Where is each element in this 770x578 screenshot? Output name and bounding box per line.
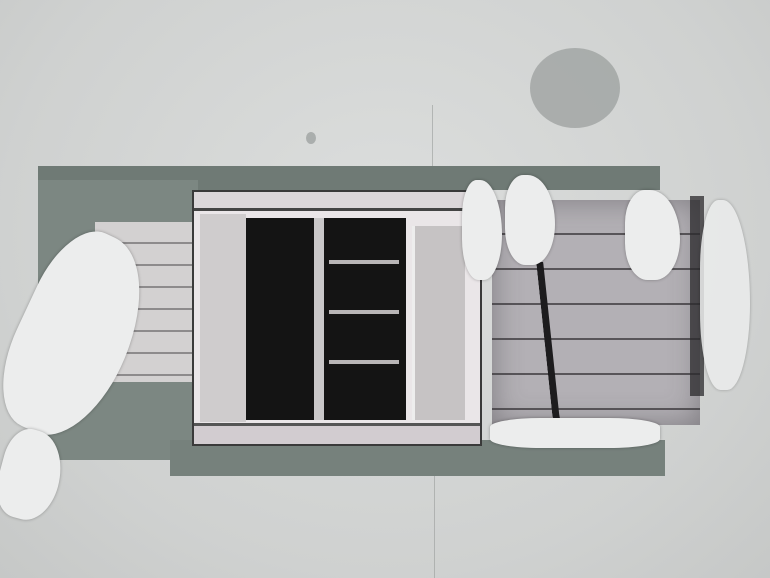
torn-paper-bottom	[490, 418, 660, 448]
wall-speck	[306, 132, 316, 144]
cabinet-door	[412, 226, 465, 420]
cabinet-shelf	[329, 260, 399, 264]
torn-paper-hanging	[462, 180, 502, 280]
cabinet-bottom-frame	[194, 423, 480, 444]
cabinet-shelf	[329, 310, 399, 314]
cabinet-shelf	[329, 360, 399, 364]
recessed-cabinet	[192, 190, 482, 446]
cabinet-divider	[314, 218, 324, 420]
wall-damage-patch	[530, 48, 620, 128]
cabinet-left-wall	[200, 214, 246, 422]
photo-scene	[0, 0, 770, 578]
cabinet-interior	[246, 218, 406, 420]
cabinet-top-frame	[194, 192, 480, 211]
torn-paper-right-edge	[700, 200, 750, 390]
